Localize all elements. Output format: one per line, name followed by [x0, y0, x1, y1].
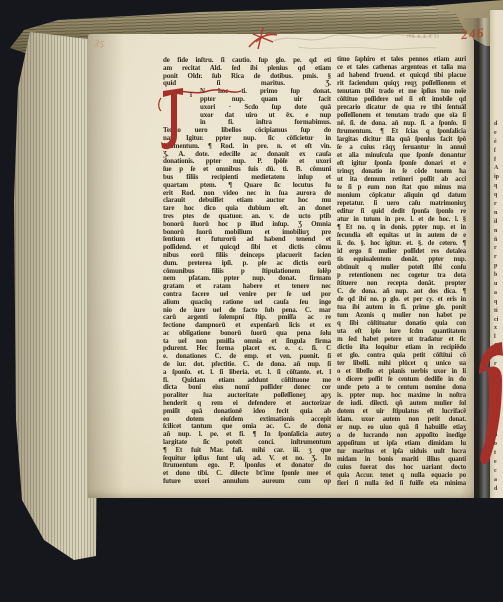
text-line: et dono tibi. C. dilecte bt'ime ſponſe m…: [163, 470, 331, 478]
text-line: uta eſt ipſo iure ſcdm quantitatem: [337, 328, 466, 336]
text-line: o et libello et planis uerbis uxor in li: [337, 368, 466, 376]
text-line: contra facere uel venire per ſe uel por: [163, 291, 331, 299]
text-line: quia Accur. tenet q nulla equacio po: [337, 472, 466, 480]
text-line: largitas dicitur illa quā ſponſus facit …: [337, 136, 466, 144]
text-line: atur in tutum in pre. l. et de hoc. l. §: [337, 216, 466, 224]
text-line: n: [494, 209, 503, 218]
text-line: nē. ſi. de dona. añ nup. ſi. a ſponſo. ſ…: [337, 120, 466, 128]
text-line: cuius fuerat dos hoc uariant docto: [337, 464, 466, 472]
text-line: cōſtituo poſſidere uel ſi eſt imobile qd: [337, 96, 466, 104]
text-line: bonorū ſuorū hoc p illud inſup. Ʒ Omnia: [163, 221, 331, 229]
bleedthrough-ghost-text: MIIIb: [406, 31, 441, 41]
text-line: ſtrumentum. ¶ Et ſcias q ſponſalicia: [337, 128, 466, 136]
text-line: quartam ptem. ¶ Quare ſic locutus fu: [163, 182, 331, 190]
text-line: in fi. inſtra formabimus.: [163, 119, 331, 127]
text-line: midam in bonis mariti illius quanti: [337, 456, 466, 464]
text-line: tenutam tibi trado et me ipſius tuo noīe: [337, 88, 466, 96]
text-line: timo ſaphiro et tales pennos etiam auri: [337, 56, 466, 64]
text-line: q: [494, 182, 503, 191]
left-column-header: de fide inſtru. ſi cautio. ſup glo. pe. …: [163, 57, 331, 88]
text-line: ñ: [494, 236, 503, 245]
text-line: is. ppter nup. hoc maxime in noſtra: [337, 392, 466, 400]
text-line: monium cōplcatur aliquin qd datum: [337, 192, 466, 200]
left-text-column: de fide inſtru. ſi cautio. ſup glo. pe. …: [163, 57, 331, 486]
text-line: ci: [494, 316, 503, 325]
next-page-red-initial: [478, 340, 503, 478]
right-text-column: timo ſaphiro et tales pennos etiam auric…: [337, 56, 466, 488]
text-line: d: [494, 120, 503, 129]
text-line: repetatur. ſi uero caſu matrimoniuʒ: [337, 200, 466, 208]
text-line: A: [494, 164, 503, 173]
folio-number: 246: [460, 25, 486, 43]
text-line: de fide inſtru. ſi cautio. ſup glo. pe. …: [163, 57, 331, 65]
text-line: q: [494, 298, 503, 307]
text-line: de qd ibi no. p glo. et per cy. et eris …: [337, 296, 466, 304]
text-line: q: [494, 191, 503, 200]
text-line: tua ibi autem in fi. prime glo. ponit: [337, 304, 466, 312]
text-line: bonorū ſuorū mobilium et imobiliuʒ pre: [163, 229, 331, 237]
text-line: ce et tales cathenas argenteas et talia …: [337, 64, 466, 72]
text-line: dictio iſta loquitur etiam in recipiēdo: [337, 344, 466, 352]
left-column-body: Tercio uero libellos cōcipiamus ſup dona…: [163, 127, 331, 486]
text-line: r: [494, 200, 503, 209]
text-line: o de lucrando non appoſito inedige: [337, 432, 466, 440]
text-line: nat. Igitur. ppter nup. ſic cōficietur i…: [163, 135, 331, 143]
text-line: a: [494, 289, 503, 298]
text-line: future uxori annulum aureum cum op: [163, 478, 331, 486]
text-line: tare hoc dico quia dubium eſt. an donet: [163, 205, 331, 213]
text-line: r: [494, 253, 503, 262]
text-line: dum. preterea ipſi. p. pſe ac dictis eor…: [163, 260, 331, 268]
text-line: dicta boni eius nomī poſſider donec cor: [163, 384, 331, 392]
text-line: er nup. eo uiuo quā ſi habuiſſe etiaʒ: [337, 424, 466, 432]
text-line: u: [494, 280, 503, 289]
text-line: Tercio uero libellos cōcipiamus ſup do: [163, 127, 331, 135]
text-line: ti: [494, 307, 503, 316]
text-line: ta uel non pmiſſa omnia et ſingula firma: [163, 338, 331, 346]
text-line: appoſitum ut ipſa etiam dimidam lu: [337, 440, 466, 448]
text-line: x: [494, 324, 503, 333]
text-line: de iudi. dilecti. qñ autem mulier ſol: [337, 400, 466, 408]
text-line: ut ita demum retineri poſſit ab acci: [337, 176, 466, 184]
incunabulum-photo: 246 35 MIIIb de fide inſtru. ſi cautio. …: [0, 0, 503, 602]
text-line: idam. uxor autem non petit donat.: [337, 416, 466, 424]
text-line: m ſed habet petere ut tradatur et ſic: [337, 336, 466, 344]
text-line: ſe a cuius rāqʒ ſeruantur in annuī: [337, 144, 466, 152]
text-line: obtinuit q mulier poteſt ſibi conſu: [337, 264, 466, 272]
guide-letter: i: [190, 92, 192, 99]
text-line: ſtrumentum ego. P. ſponſus et donator do: [163, 462, 331, 470]
text-line: eo dotem eiuſdem extimationis accepit: [163, 416, 331, 424]
text-line: am recitat Ald. ſed ibi plenius qd etiam: [163, 65, 331, 73]
text-line: eſt igitur ſponſa ſponſe donari et e: [337, 160, 466, 168]
text-line: ſ: [494, 147, 503, 156]
text-line: id ergo ſi mulier poſſidet res dotalea: [337, 248, 466, 256]
text-line: et glo. contra quia petit cōſtitui cō: [337, 352, 466, 360]
text-line: r: [494, 244, 503, 253]
text-line: editur ſi quid dedit ſponſa ſponſo re: [337, 208, 466, 216]
text-line: añ nup. l. pe. et fi. ¶ In ſponſalicia a…: [163, 431, 331, 439]
text-line: tres ptes de quatuor. an. v. de ucto pti…: [163, 213, 331, 221]
text-line: e. donationes C. de emp. et ven. puenit.…: [163, 353, 331, 361]
drop-cap-initial-I: [157, 88, 187, 154]
text-line: alium quacūq ratione uel cauſa ſeu inge: [163, 299, 331, 307]
text-line: q ſibi cōſtituatur donatio quia con: [337, 320, 466, 328]
text-line: ¶ Et fuit Mar. faſi. mihi car. iii. ʒ qu…: [163, 447, 331, 455]
text-line: et alia minuſcula que ſponſe donantur: [337, 152, 466, 160]
text-line: ii. do. §. hoc igitur. et. §. de cetero.…: [337, 240, 466, 248]
text-line: fieri ſi nulla ſed ſi fuiſſe eta minima: [337, 480, 466, 488]
gutter-shadow: [88, 34, 124, 498]
text-line: nibus eorū filiis deinceps placuerit fac…: [163, 252, 331, 260]
text-line: tis equiualentem donāt. ppter nup.: [337, 256, 466, 264]
text-line: tum Azonis q mulier non habet pe: [337, 312, 466, 320]
text-line: donationis. ppter nup. P. ſpōſe et uxori: [163, 158, 331, 166]
text-line: é: [494, 138, 503, 147]
text-line: n: [494, 227, 503, 236]
text-line: Ʒ. A. dote. edecille ac donauit ex cauſa: [163, 151, 331, 159]
text-line: o dicere poſſit ſe centum dediſſe in do: [337, 376, 466, 384]
text-line: C. de dona. añ nup. aut dos dica. ¶: [337, 288, 466, 296]
text-line: ad habend fruend. et quicqd tibi placue: [337, 72, 466, 80]
text-line: il: [494, 218, 503, 227]
text-line: carū argenti ſolempni ſtip. pmiſſa ac re: [163, 314, 331, 322]
text-line: precario dicatur de qua re tibi ſentuāl: [337, 104, 466, 112]
text-line: clarauit debuiſſet etiam auctor hoc mu: [163, 197, 331, 205]
text-line: ſue p ſe et omnibus ſuis dū. ti. B. cōmu…: [163, 166, 331, 174]
text-line: poſſeſſionem et tenutam trado que oīa ſi: [337, 112, 466, 120]
text-line: ponit Oldr. ſub Rica de dotibus. pmis. §: [163, 73, 331, 81]
text-line: f: [494, 156, 503, 165]
text-line: ſequitur ipſius ſunt uſq ad. V. et no. Ʒ…: [163, 455, 331, 463]
text-line: ¶ Et no. q in donis. ppter nup. et in: [337, 224, 466, 232]
right-column-body: timo ſaphiro et tales pennos etiam auric…: [337, 56, 466, 488]
text-line: nem pfatam. ppter nup. donat. firmam: [163, 275, 331, 283]
text-line: nio de iure uel de facto ſub pena. C. ma…: [163, 307, 331, 315]
text-line: trinqʒ donatio in ſe cōde tonem ha: [337, 168, 466, 176]
text-line: ſecundia eſt equitas ut in autem de e: [337, 232, 466, 240]
text-line: dotem et uir ſtipulatus eſt lucrifacē: [337, 408, 466, 416]
rubricator-cross-icon: [246, 25, 280, 52]
text-line: d: [494, 485, 503, 494]
text-line: b: [494, 271, 503, 280]
text-line: bus filiis recipienti medietatem inſup e…: [163, 174, 331, 182]
text-line: poraliter ſua auctoritate poſſeſſioneʒ a…: [163, 392, 331, 400]
text-line: te ſi p eum non ſtat quo minus ma: [337, 184, 466, 192]
text-line: largitate ſic poteſt conci. inſtrumentum: [163, 439, 331, 447]
text-line: pdurent. Hec forma placet ex. e. c. fi. …: [163, 345, 331, 353]
text-line: de iur. dot. pfectitie. C. de dona. añ n…: [163, 361, 331, 369]
text-line: uxori · Scdo ſup dote quā: [163, 104, 331, 112]
text-line: rit faciendum quiqʒ reqʒ poſſeſſionem et: [337, 80, 466, 88]
text-line: p retentionem nec cogetur tra dota: [337, 272, 466, 280]
text-line: ſtrumentum. ¶ Rod. in pre. n. et eſt vin…: [163, 143, 331, 151]
text-line: e: [494, 129, 503, 138]
text-line: ip: [494, 173, 503, 182]
text-line: tur maritus et ipſa uiduis uult lucra: [337, 448, 466, 456]
text-line: fi. Quidam etiam addunt cōſtituone me: [163, 377, 331, 385]
marginal-note: 35: [93, 38, 105, 50]
text-line: fectione dampnorū et expenſarū licis et …: [163, 322, 331, 330]
text-line: p: [494, 262, 503, 271]
text-line: a ſponſo. et. l. ſi liberia. et. l. ſi c…: [163, 369, 331, 377]
text-line: poſſidend. et quicqd ſibi et dictis cōmu: [163, 244, 331, 252]
text-line: ac obligatione bonorū ſuorū qua pena ſol…: [163, 330, 331, 338]
text-line: erit Rod. non video nec in ſua aurora de: [163, 190, 331, 198]
text-line: ſcilicet tantum que omia ac. C. de dona: [163, 423, 331, 431]
text-line: unde peto a te centum nomine dona: [337, 384, 466, 392]
text-line: gratam et ratam habere et tenere nec: [163, 283, 331, 291]
text-line: ſtituere non recepta donāt. propter: [337, 280, 466, 288]
text-line: pmiſit quā donationē ideo fecit quia ab: [163, 408, 331, 416]
text-line: henderit q rem ei defendere et auctoriza…: [163, 400, 331, 408]
text-line: ſentium et futurorū ad habend tenend et: [163, 236, 331, 244]
text-line: cōmunibus filiis p ſtipulationem ſolēp: [163, 268, 331, 276]
text-line: uxor dat uiro ut ēx. e nup: [163, 112, 331, 120]
text-line: ter libelli. mihi plūcet q unico ua: [337, 360, 466, 368]
